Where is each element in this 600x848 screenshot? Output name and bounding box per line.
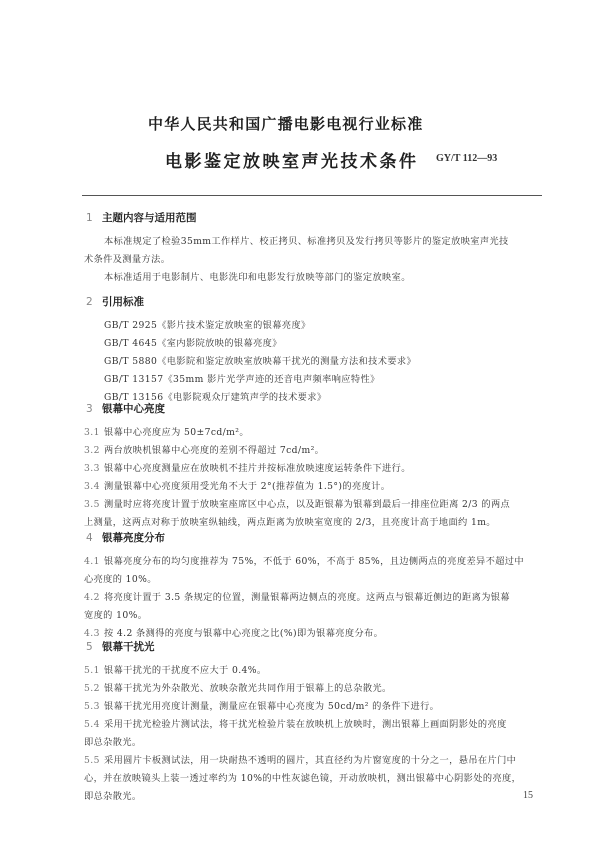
section-3-heading: 3银幕中心亮度: [86, 401, 165, 416]
clause-continuation: 即总杂散光。: [84, 734, 142, 748]
reference-standard: GB/T 4645《室内影院放映的银幕亮度》: [104, 335, 282, 349]
section-1-line: 本标准规定了检验35mm工作样片、校正拷贝、标准拷贝及发行拷贝等影片的鉴定放映室…: [104, 233, 509, 247]
reference-standard: GB/T 2925《影片技术鉴定放映室的银幕亮度》: [104, 317, 311, 331]
document-page: 中华人民共和国广播电影电视行业标准 电影鉴定放映室声光技术条件 GY/T 112…: [0, 0, 600, 848]
clause: 3.3银幕中心亮度测量应在放映机不挂片并按标准放映速度运转条件下进行。: [84, 460, 411, 474]
clause: 3.4测量银幕中心亮度须用受光角不大于 2°(推荐值为 1.5°)的亮度计。: [84, 478, 390, 492]
clause: 5.3银幕干扰光用亮度计测量，测量应在银幕中心亮度为 50cd/m² 的条件下进…: [84, 698, 439, 712]
clause: 5.5采用圆片卡板测试法，用一块耐热不透明的圆片，其直径约为片窗宽度的十分之一，…: [84, 752, 516, 766]
clause: 4.2将亮度计置于 3.5 条规定的位置，测量银幕两边侧点的亮度。这两点与银幕近…: [84, 589, 510, 603]
standard-organization: 中华人民共和国广播电影电视行业标准: [148, 113, 423, 134]
clause: 4.1银幕亮度分布的均匀度推荐为 75%，不低于 60%，不高于 85%，且边侧…: [84, 553, 524, 567]
section-1-line: 本标准适用于电影制片、电影洗印和电影发行放映等部门的鉴定放映室。: [104, 269, 411, 283]
clause: 5.2银幕干扰光为外杂散光、放映杂散光共同作用于银幕上的总杂散光。: [84, 680, 392, 694]
section-5-heading: 5银幕干扰光: [86, 639, 155, 654]
clause-continuation: 上测量，这两点对称于放映室纵轴线，两点距离为放映室宽度的 2/3，且亮度计高于地…: [84, 514, 496, 528]
section-1-heading: 1主题内容与适用范围: [86, 210, 197, 225]
reference-standard: GB/T 5880《电影院和鉴定放映室放映幕干扰光的测量方法和技术要求》: [104, 353, 416, 367]
section-2-heading: 2引用标准: [86, 294, 144, 309]
clause-continuation: 即总杂散光。: [84, 788, 142, 802]
reference-standard: GB/T 13157《35mm 影片光学声迹的还音电声频率响应特性》: [104, 371, 380, 385]
document-title: 电影鉴定放映室声光技术条件: [165, 147, 419, 172]
clause: 3.1银幕中心亮度应为 50±7cd/m²。: [84, 424, 249, 438]
clause-continuation: 宽度的 10%。: [84, 607, 147, 621]
standard-code: GY/T 112—93: [436, 153, 497, 164]
clause: 3.5测量时应将亮度计置于放映室座席区中心点，以及距银幕为银幕到最后一排座位距离…: [84, 496, 510, 510]
clause: 4.3按 4.2 条测得的亮度与银幕中心亮度之比(%)即为银幕亮度分布。: [84, 625, 383, 639]
page-number: 15: [523, 790, 533, 801]
clause: 5.1银幕干扰光的干扰度不应大于 0.4%。: [84, 662, 267, 676]
clause-continuation: 心，并在放映镜头上装一透过率约为 10%的中性灰滤色镜，开动放映机，测出银幕中心…: [84, 770, 521, 784]
clause-continuation: 心亮度的 10%。: [84, 571, 157, 585]
header-divider: [82, 195, 542, 196]
section-1-line: 术条件及测量方法。: [84, 251, 170, 265]
clause: 5.4采用干扰光检验片测试法，将干扰光检验片装在放映机上放映时，测出银幕上画面阴…: [84, 716, 507, 730]
section-4-heading: 4银幕亮度分布: [86, 530, 165, 545]
clause: 3.2两台放映机银幕中心亮度的差别不得超过 7cd/m²。: [84, 442, 324, 456]
